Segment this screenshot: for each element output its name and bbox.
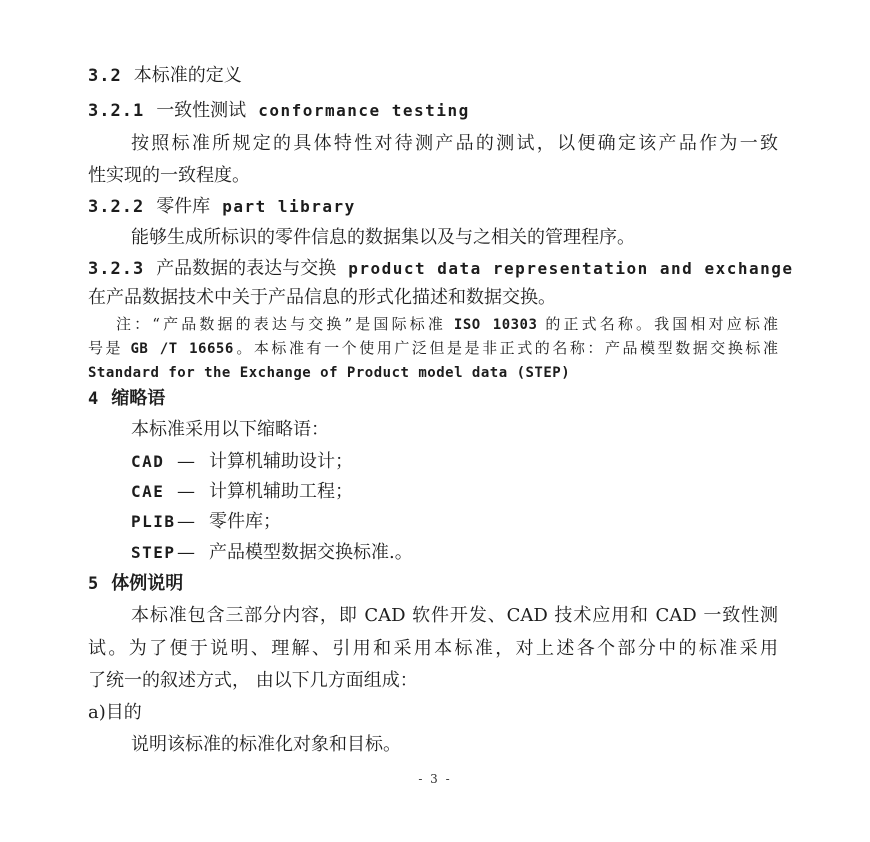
section-4-heading: 4缩略语 (88, 384, 778, 414)
footer-page-number: - 3 - (0, 772, 870, 786)
abbreviation-row: PLIB—零件库； (88, 507, 778, 537)
abbreviation-row: STEP—产品模型数据交换标准.。 (88, 537, 778, 568)
dash: — (177, 537, 195, 568)
abbreviation-code: CAD (131, 446, 177, 477)
dash: — (177, 477, 195, 507)
abbreviation-term: 计算机辅助工程； (209, 481, 353, 502)
section-3-2-3-heading: 3.2.3产品数据的表达与交换product data representati… (88, 254, 778, 284)
standard-code: ISO 10303 (454, 317, 538, 333)
abbreviation-term: 计算机辅助设计； (209, 451, 353, 472)
abbreviation-term: 产品模型数据交换标准.。 (209, 542, 413, 563)
note-text: 。本标准有一个使用广泛但是是非正式的名称：产品模型数据交换标准 (234, 339, 778, 357)
list-item-a: a)目的 (88, 697, 778, 729)
paragraph-line: 了统一的叙述方式， 由以下几方面组成： (88, 665, 778, 697)
standard-code: GB /T 16656 (130, 341, 233, 357)
paragraph-line: 试。为了便于说明、理解、引用和采用本标准，对上述各个部分中的标准采用 (88, 632, 778, 665)
abbreviation-row: CAD—计算机辅助设计； (88, 446, 778, 477)
term-zh: 一致性测试 (156, 100, 246, 121)
abbreviation-code: CAE (131, 477, 177, 507)
section-number: 3.2.3 (88, 259, 144, 279)
section-number: 5 (88, 574, 99, 594)
term-en: conformance testing (258, 101, 470, 120)
section-number: 3.2 (88, 66, 122, 86)
standard-name-en: Standard for the Exchange of Product mod… (88, 365, 570, 381)
term-zh: 产品数据的表达与交换 (156, 258, 336, 279)
note-line: Standard for the Exchange of Product mod… (88, 360, 778, 384)
section-title: 缩略语 (111, 388, 165, 409)
section-number: 3.2.2 (88, 197, 144, 217)
abbreviation-term: 零件库； (209, 511, 281, 532)
note-text: 的正式名称。我国相对应标准 (537, 315, 778, 333)
section-title: 体例说明 (111, 573, 183, 594)
paragraph-line: 按照标准所规定的具体特性对待测产品的测试，以便确定该产品作为一致 (88, 128, 778, 160)
term-zh: 零件库 (156, 196, 210, 217)
note-line: 号是 GB /T 16656。本标准有一个使用广泛但是是非正式的名称：产品模型数… (88, 336, 778, 360)
section-3-2-heading: 3.2本标准的定义 (88, 58, 778, 94)
term-en: product data representation and exchange (348, 259, 793, 278)
section-5-heading: 5体例说明 (88, 568, 778, 599)
paragraph-line: 在产品数据技术中关于产品信息的形式化描述和数据交换。 (88, 284, 778, 312)
dash: — (177, 507, 195, 537)
abbreviation-row: CAE—计算机辅助工程； (88, 477, 778, 507)
section-number: 4 (88, 389, 99, 409)
paragraph-line: 性实现的一致程度。 (88, 160, 778, 192)
document-page: 3.2本标准的定义 3.2.1一致性测试conformance testing … (0, 0, 870, 842)
note-text: 注：“产品数据的表达与交换”是国际标准 (116, 315, 454, 333)
note-text: 号是 (88, 339, 130, 357)
section-number: 3.2.1 (88, 101, 144, 121)
paragraph-line: 说明该标准的标准化对象和目标。 (88, 729, 778, 761)
term-en: part library (222, 197, 356, 216)
abbreviation-code: STEP (131, 537, 177, 568)
note-line: 注：“产品数据的表达与交换”是国际标准 ISO 10303 的正式名称。我国相对… (88, 312, 778, 336)
section-3-2-1-heading: 3.2.1一致性测试conformance testing (88, 94, 778, 128)
paragraph-line: 本标准包含三部分内容，即 CAD 软件开发、CAD 技术应用和 CAD 一致性测 (88, 599, 778, 632)
paragraph-line: 能够生成所标识的零件信息的数据集以及与之相关的管理程序。 (88, 222, 778, 254)
section-title: 本标准的定义 (134, 65, 242, 86)
paragraph-line: 本标准采用以下缩略语： (88, 414, 778, 446)
section-3-2-2-heading: 3.2.2零件库part library (88, 192, 778, 222)
dash: — (177, 446, 195, 477)
abbreviation-code: PLIB (131, 507, 177, 537)
